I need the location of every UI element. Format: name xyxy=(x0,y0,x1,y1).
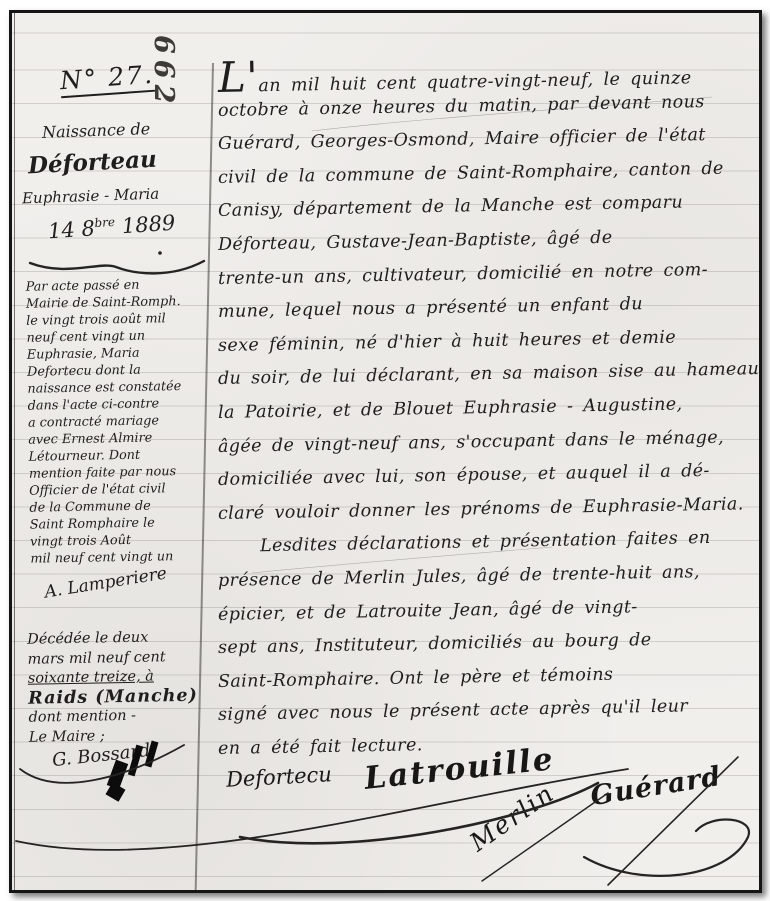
signature-father: Defortecu xyxy=(225,762,332,792)
signature-witness-merlin: Merlin xyxy=(464,778,560,857)
act-date-day: 14 8 xyxy=(47,216,95,243)
death-place: Raids (Manche) xyxy=(28,686,223,709)
note-line: mil neuf cent vingt un xyxy=(30,547,225,567)
scanned-birth-record: 662 N° 27. Naissance de Déforteau Euphra… xyxy=(0,0,770,901)
act-number: N° 27. xyxy=(59,60,155,98)
death-margin-note: Décédée le deux mars mil neuf cent soixa… xyxy=(27,627,224,747)
marriage-margin-note: Par acte passé en Mairie de Saint-Romph.… xyxy=(25,275,225,567)
page-frame: 662 N° 27. Naissance de Déforteau Euphra… xyxy=(9,10,762,893)
signature-mayor-guerard: Guérard xyxy=(588,761,723,812)
act-date-year: 1889 xyxy=(114,211,176,239)
act-date: 14 8bre 1889 xyxy=(47,211,176,244)
child-given-names: Euphrasie - Maria xyxy=(22,185,160,208)
marriage-note-signature: A. Lamperiere xyxy=(43,563,168,602)
act-body-text: L'an mil huit cent quatre-vingt-neuf, le… xyxy=(218,61,762,766)
act-date-month-abbrev: bre xyxy=(94,215,115,230)
record-type-label: Naissance de xyxy=(42,119,151,142)
child-surname: Déforteau xyxy=(27,146,157,180)
